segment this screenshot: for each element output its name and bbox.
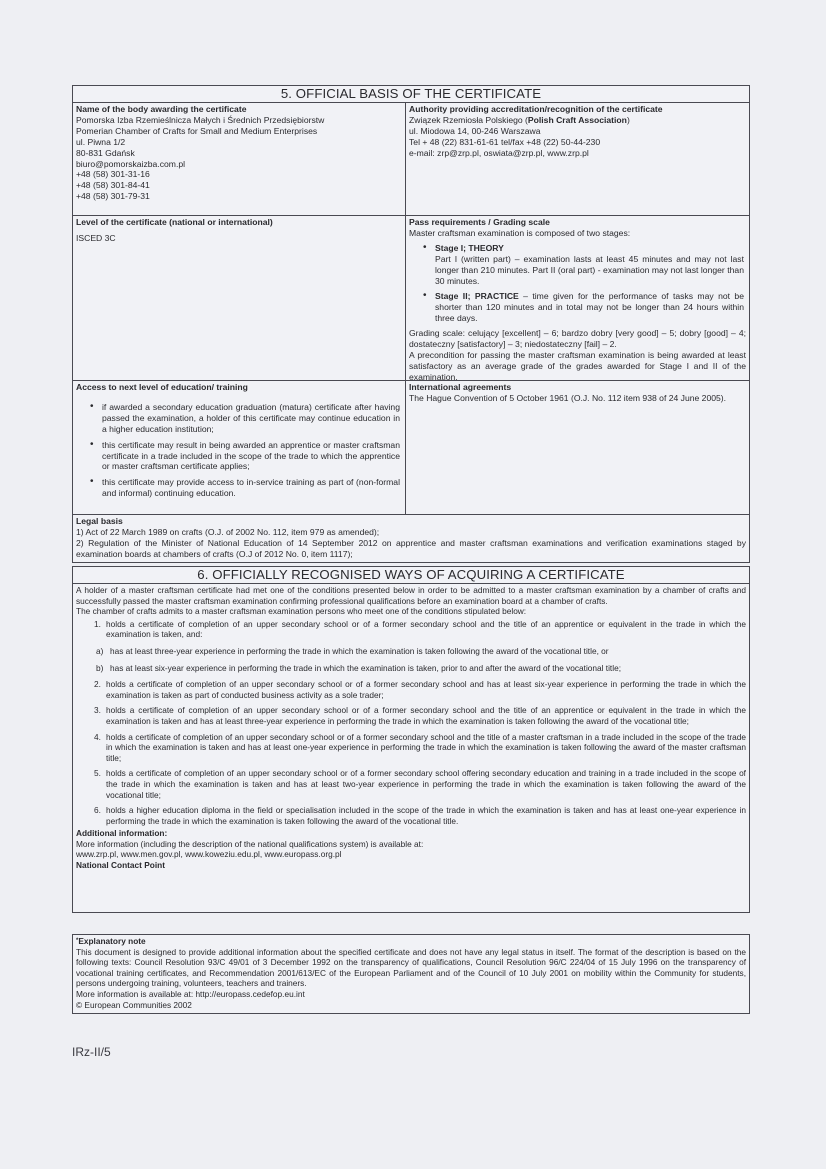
condition-text: holds a certificate of completion of an … bbox=[106, 619, 746, 640]
access-item: this certificate may provide access to i… bbox=[102, 477, 402, 499]
awarding-body-line: ul. Piwna 1/2 bbox=[76, 137, 402, 148]
level-cell: Level of the certificate (national or in… bbox=[73, 216, 406, 380]
awarding-body-heading: Name of the body awarding the certificat… bbox=[76, 104, 402, 115]
condition-number: 2. bbox=[94, 679, 101, 690]
explanatory-note-heading: *Explanatory note bbox=[76, 936, 746, 947]
authority-email: e-mail: zrp@zrp.pl, oswiata@zrp.pl, www.… bbox=[409, 148, 746, 159]
legal-basis-heading: Legal basis bbox=[76, 516, 746, 527]
additional-info-heading: Additional information: bbox=[76, 828, 746, 839]
grading-scale: Grading scale: celujący [excellent] – 6;… bbox=[409, 328, 746, 350]
awarding-body-cell: Name of the body awarding the certificat… bbox=[73, 103, 406, 215]
pass-requirements-intro: Master craftsman examination is composed… bbox=[409, 228, 746, 239]
condition-number: 1. bbox=[94, 619, 101, 630]
condition-item: 1. holds a certificate of completion of … bbox=[106, 619, 746, 673]
legal-basis-line: 2) Regulation of the Minister of Nationa… bbox=[76, 538, 746, 560]
document-code: IRz-II/5 bbox=[72, 1045, 111, 1059]
condition-number: 6. bbox=[94, 805, 101, 816]
pass-requirements-cell: Pass requirements / Grading scale Master… bbox=[406, 216, 749, 380]
condition-text: holds a certificate of completion of an … bbox=[106, 679, 746, 700]
sub-conditions-list: a)has at least three-year experience in … bbox=[96, 646, 746, 673]
condition-item: 3.holds a certificate of completion of a… bbox=[106, 705, 746, 726]
access-cell: Access to next level of education/ train… bbox=[73, 381, 406, 514]
authority-name-close: ) bbox=[627, 115, 630, 125]
legal-basis-line: 1) Act of 22 March 1989 on crafts (O.J. … bbox=[76, 527, 746, 538]
condition-text: holds a higher education diploma in the … bbox=[106, 805, 746, 826]
condition-item: 6.holds a higher education diploma in th… bbox=[106, 805, 746, 826]
stage-1-text: Part I (written part) – examination last… bbox=[435, 254, 744, 286]
condition-text: holds a certificate of completion of an … bbox=[106, 768, 746, 799]
authority-cell: Authority providing accreditation/recogn… bbox=[406, 103, 749, 215]
section-official-basis: 5. OFFICIAL BASIS OF THE CERTIFICATE Nam… bbox=[72, 85, 750, 563]
sub-condition-letter: b) bbox=[96, 663, 103, 674]
explanatory-note-title: Explanatory note bbox=[78, 936, 145, 946]
level-heading: Level of the certificate (national or in… bbox=[76, 217, 402, 228]
awarding-body-phone: +48 (58) 301-31-16 bbox=[76, 169, 402, 180]
sub-condition-text: has at least six-year experience in perf… bbox=[110, 663, 621, 673]
stage-2-title: Stage II; PRACTICE bbox=[435, 291, 519, 301]
condition-item: 2.holds a certificate of completion of a… bbox=[106, 679, 746, 700]
authority-name-english: Polish Craft Association bbox=[528, 115, 627, 125]
copyright: © European Communities 2002 bbox=[76, 1000, 746, 1011]
international-heading: International agreements bbox=[409, 382, 746, 393]
sub-condition-item: b)has at least six-year experience in pe… bbox=[110, 663, 746, 674]
international-cell: International agreements The Hague Conve… bbox=[406, 381, 749, 514]
sub-condition-item: a)has at least three-year experience in … bbox=[110, 646, 746, 657]
access-list: if awarded a secondary education graduat… bbox=[76, 402, 402, 499]
awarding-body-line: Pomorska Izba Rzemieślnicza Małych i Śre… bbox=[76, 115, 402, 126]
section-5-title: 5. OFFICIAL BASIS OF THE CERTIFICATE bbox=[73, 86, 749, 103]
section-6-body: A holder of a master craftsman certifica… bbox=[73, 584, 749, 873]
explanatory-note-text: This document is designed to provide add… bbox=[76, 947, 746, 989]
authority-phone: Tel + 48 (22) 831-61-61 tel/fax +48 (22)… bbox=[409, 137, 746, 148]
authority-heading: Authority providing accreditation/recogn… bbox=[409, 104, 746, 115]
section-6-intro: A holder of a master craftsman certifica… bbox=[76, 585, 746, 606]
row-access-international: Access to next level of education/ train… bbox=[73, 381, 749, 515]
pass-requirements-heading: Pass requirements / Grading scale bbox=[409, 217, 746, 228]
condition-item: 5.holds a certificate of completion of a… bbox=[106, 768, 746, 800]
explanatory-note: *Explanatory note This document is desig… bbox=[72, 934, 750, 1014]
condition-number: 5. bbox=[94, 768, 101, 779]
authority-name: Związek Rzemiosła Polskiego (Polish Craf… bbox=[409, 115, 746, 126]
national-contact-point: National Contact Point bbox=[76, 860, 746, 871]
awarding-body-email: biuro@pomorskaizba.com.pl bbox=[76, 159, 402, 170]
access-heading: Access to next level of education/ train… bbox=[76, 382, 402, 393]
legal-basis: Legal basis 1) Act of 22 March 1989 on c… bbox=[73, 515, 749, 562]
explanatory-note-link[interactable]: More information is available at: http:/… bbox=[76, 989, 746, 1000]
stage-1-title: Stage I; THEORY bbox=[435, 243, 504, 253]
level-value: ISCED 3C bbox=[76, 233, 402, 244]
awarding-body-line: Pomerian Chamber of Crafts for Small and… bbox=[76, 126, 402, 137]
stage-2-item: Stage II; PRACTICE – time given for the … bbox=[435, 291, 746, 324]
condition-text: holds a certificate of completion of an … bbox=[106, 705, 746, 726]
awarding-body-phone: +48 (58) 301-84-41 bbox=[76, 180, 402, 191]
conditions-list: 1. holds a certificate of completion of … bbox=[76, 619, 746, 827]
explanatory-note-body: *Explanatory note This document is desig… bbox=[73, 935, 749, 1012]
condition-text: holds a certificate of completion of an … bbox=[106, 732, 746, 763]
sub-condition-letter: a) bbox=[96, 646, 103, 657]
condition-number: 3. bbox=[94, 705, 101, 716]
authority-name-polish: Związek Rzemiosła Polskiego ( bbox=[409, 115, 528, 125]
pass-precondition: A precondition for passing the master cr… bbox=[409, 350, 746, 383]
section-ways-of-acquiring: 6. OFFICIALLY RECOGNISED WAYS OF ACQUIRI… bbox=[72, 566, 750, 913]
sub-condition-text: has at least three-year experience in pe… bbox=[110, 646, 609, 656]
awarding-body-phone: +48 (58) 301-79-31 bbox=[76, 191, 402, 202]
row-level-pass: Level of the certificate (national or in… bbox=[73, 216, 749, 381]
section-6-intro-2: The chamber of crafts admits to a master… bbox=[76, 606, 746, 617]
awarding-body-line: 80-831 Gdańsk bbox=[76, 148, 402, 159]
additional-info-text: More information (including the descript… bbox=[76, 839, 746, 850]
stages-list: Stage I; THEORY Part I (written part) – … bbox=[409, 243, 746, 324]
section-6-title: 6. OFFICIALLY RECOGNISED WAYS OF ACQUIRI… bbox=[73, 567, 749, 584]
access-item: if awarded a secondary education graduat… bbox=[102, 402, 402, 435]
international-text: The Hague Convention of 5 October 1961 (… bbox=[409, 393, 746, 404]
row-awarding-authority: Name of the body awarding the certificat… bbox=[73, 103, 749, 216]
stage-1-item: Stage I; THEORY Part I (written part) – … bbox=[435, 243, 746, 287]
condition-item: 4.holds a certificate of completion of a… bbox=[106, 732, 746, 764]
condition-number: 4. bbox=[94, 732, 101, 743]
access-item: this certificate may result in being awa… bbox=[102, 440, 402, 473]
additional-info-links[interactable]: www.zrp.pl, www.men.gov.pl, www.koweziu.… bbox=[76, 849, 746, 860]
authority-address: ul. Miodowa 14, 00-246 Warszawa bbox=[409, 126, 746, 137]
